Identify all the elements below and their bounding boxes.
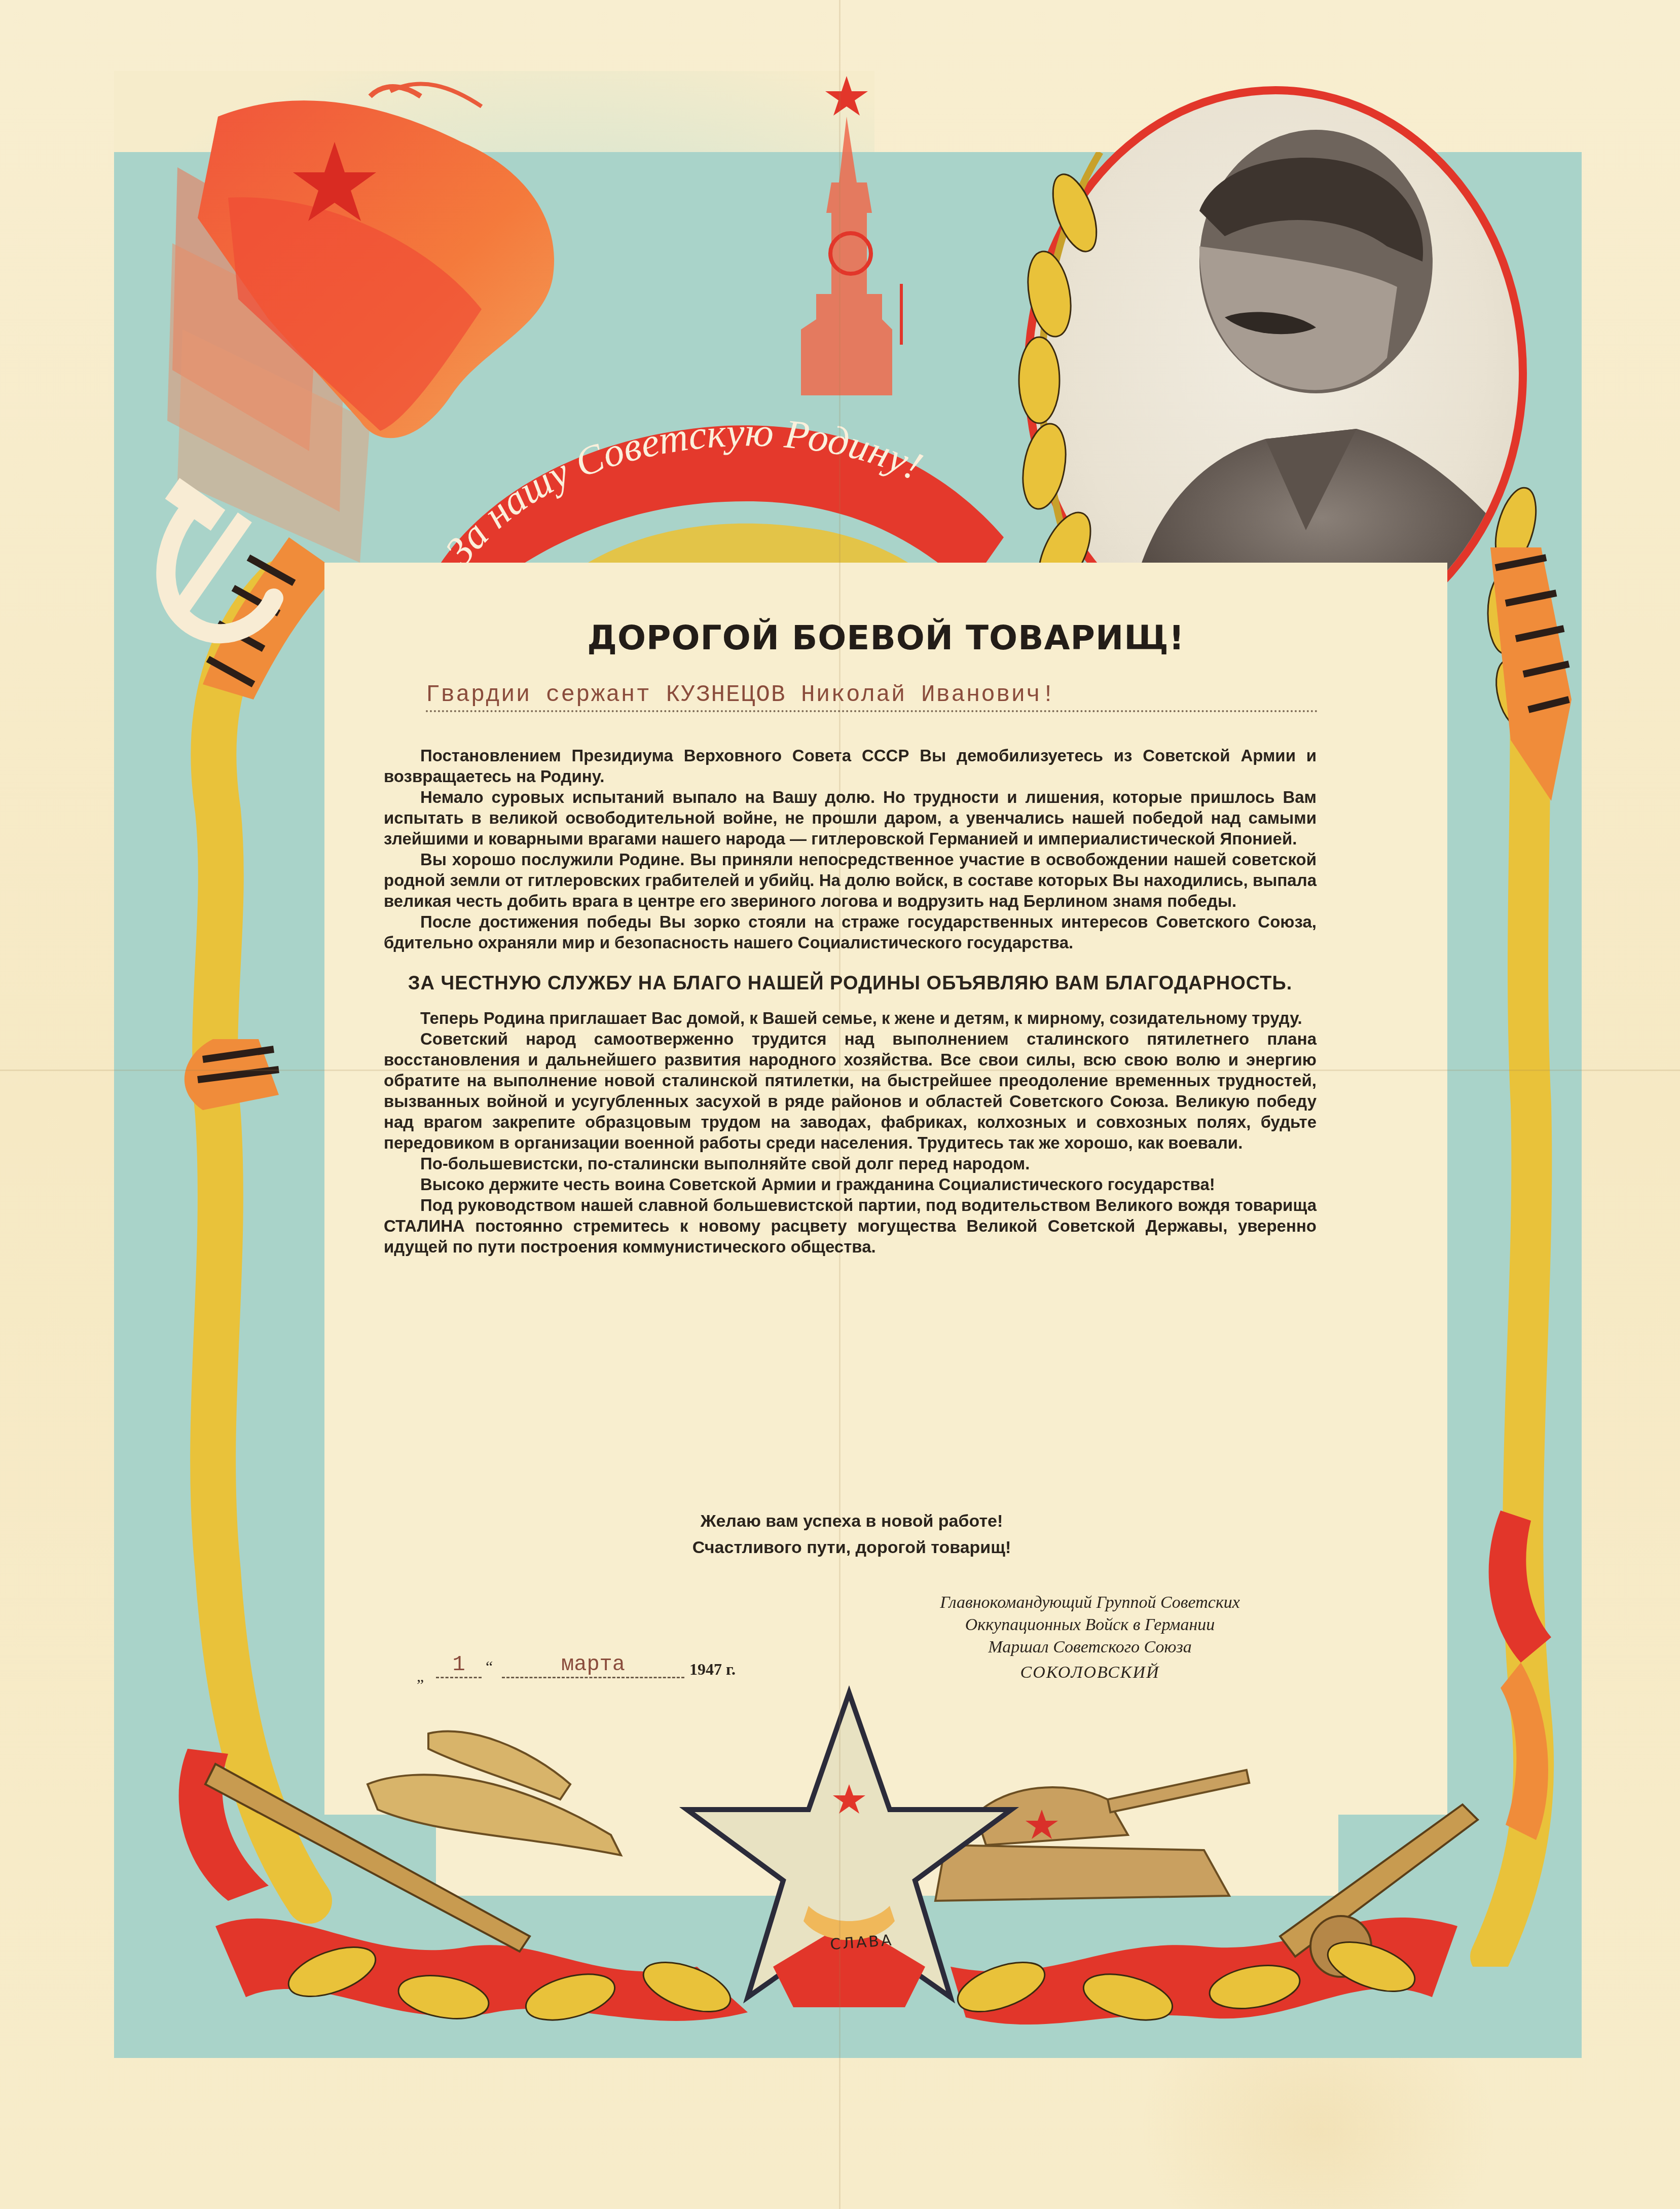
signature-title-line: Оккупационных Войск в Германии (862, 1614, 1318, 1636)
signature-title-line: Главнокомандующий Группой Советских (862, 1592, 1318, 1614)
kremlin-tower-illustration (791, 66, 923, 421)
signature-block: Главнокомандующий Группой Советских Окку… (862, 1592, 1318, 1684)
military-illustration (114, 1683, 1582, 2058)
date-month: марта (502, 1652, 684, 1678)
tank-icon (935, 1770, 1249, 1901)
tower-star-icon (825, 76, 868, 116)
date-day: 1 (436, 1652, 482, 1678)
date-year: 1947 г. (689, 1660, 736, 1679)
banner-slogan: За нашу Советскую Родину! (436, 410, 929, 573)
recipient-name-field: Гвардии сержант КУЗНЕЦОВ Николай Иванови… (426, 682, 1318, 712)
paragraph: После достижения победы Вы зорко стояли … (384, 911, 1317, 953)
paragraph: Немало суровых испытаний выпало на Вашу … (384, 787, 1317, 849)
date-field: „ 1 “ марта 1947 г. (406, 1658, 862, 1688)
paragraph: Советский народ самоотверженно трудится … (384, 1028, 1317, 1153)
closing-wishes: Желаю вам успеха в новой работе! Счастли… (385, 1508, 1318, 1561)
date-close-quote: “ (486, 1658, 493, 1676)
paragraph: Теперь Родина приглашает Вас домой, к Ва… (384, 1008, 1317, 1028)
signatory-name: СОКОЛОВСКИЙ (862, 1662, 1318, 1684)
svg-text:За нашу Советскую Родину!: За нашу Советскую Родину! (436, 410, 929, 573)
paragraph: Высоко держите честь воина Советской Арм… (384, 1174, 1317, 1195)
paragraph: Вы хорошо послужили Родине. Вы приняли н… (384, 849, 1317, 911)
airplane-icon (368, 1732, 621, 1855)
signature-title-line: Маршал Советского Союза (862, 1636, 1318, 1659)
paragraph: По-большевистски, по-сталински выполняйт… (384, 1153, 1317, 1174)
closing-line: Счастливого пути, дорогой товарищ! (385, 1534, 1318, 1561)
paragraph: Под руководством нашей славной большевис… (384, 1195, 1317, 1257)
gratitude-heading: ЗА ЧЕСТНУЮ СЛУЖБУ НА БЛАГО НАШЕЙ РОДИНЫ … (404, 971, 1296, 996)
date-open-quote: „ (417, 1667, 424, 1685)
hammer-sickle-icon (165, 478, 274, 634)
paragraph: Постановлением Президиума Верховного Сов… (384, 745, 1317, 787)
closing-line: Желаю вам успеха в новой работе! (385, 1508, 1318, 1534)
letter-body: Постановлением Президиума Верховного Сов… (384, 745, 1317, 1257)
document-title: ДОРОГОЙ БОЕВОЙ ТОВАРИЩ! (324, 618, 1447, 657)
